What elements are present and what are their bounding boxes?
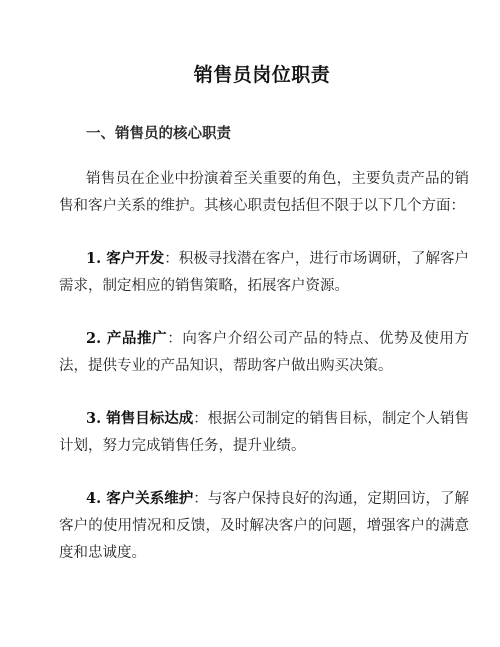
- duty-title: 客户开发: [106, 251, 164, 267]
- duty-item-customer-relations: 4. 客户关系维护：与客户保持良好的沟通，定期回访，了解客户的使用情况和反馈，及…: [59, 485, 469, 567]
- duty-label: 2. 产品推广: [86, 331, 167, 347]
- duty-label: 4. 客户关系维护: [86, 491, 193, 507]
- duty-item-customer-development: 1. 客户开发：积极寻找潜在客户，进行市场调研，了解客户需求，制定相应的销售策略…: [59, 245, 469, 300]
- duty-colon: ：: [193, 491, 208, 507]
- duty-colon: ：: [193, 411, 208, 427]
- intro-paragraph: 销售员在企业中扮演着至关重要的角色，主要负责产品的销售和客户关系的维护。其核心职…: [59, 166, 469, 220]
- duty-title: 销售目标达成: [106, 411, 193, 427]
- section-heading: 一、销售员的核心职责: [86, 122, 231, 143]
- duty-number: 4.: [86, 490, 106, 507]
- duty-item-product-promotion: 2. 产品推广：向客户介绍公司产品的特点、优势及使用方法，提供专业的产品知识，帮…: [59, 325, 469, 380]
- document-page: 销售员岗位职责 一、销售员的核心职责 销售员在企业中扮演着至关重要的角色，主要负…: [0, 0, 500, 647]
- duty-number: 1.: [86, 250, 106, 267]
- duty-title: 产品推广: [107, 331, 167, 347]
- duty-number: 3.: [86, 410, 106, 427]
- duty-colon: ：: [167, 331, 182, 347]
- duty-label: 1. 客户开发: [86, 251, 164, 267]
- duty-number: 2.: [86, 330, 107, 347]
- duty-title: 客户关系维护: [106, 491, 193, 507]
- duty-item-sales-target: 3. 销售目标达成：根据公司制定的销售目标，制定个人销售计划，努力完成销售任务，…: [59, 405, 469, 460]
- duty-colon: ：: [164, 251, 179, 267]
- duty-label: 3. 销售目标达成: [86, 411, 193, 427]
- document-title: 销售员岗位职责: [0, 60, 500, 87]
